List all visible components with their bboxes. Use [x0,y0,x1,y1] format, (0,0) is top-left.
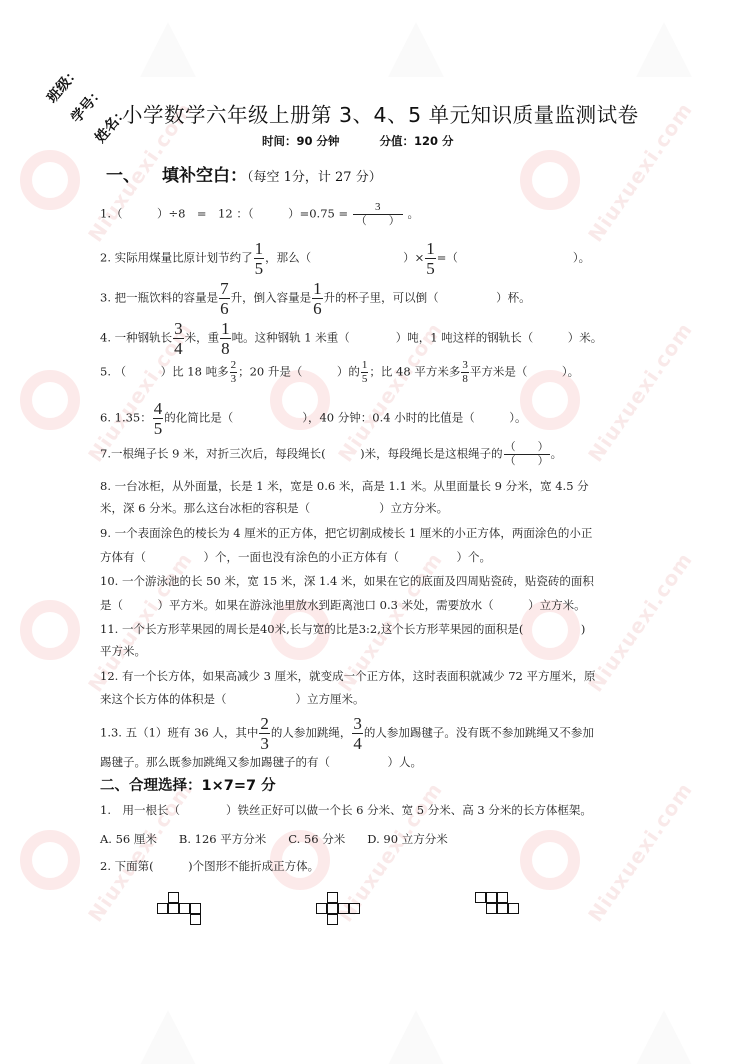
cube-nets [0,888,752,928]
question-8-line-1: 8. 一台冰柜，从外面量，长是 1 米，宽是 0.6 米，高是 1.1 米。从里… [100,479,589,494]
fraction: 34 [173,320,184,357]
option-c: C. 56 分米 [288,832,345,846]
exam-meta: 时间：90 分钟分值：120 分 [262,133,454,149]
fraction: 3（ ） [353,202,403,227]
exam-page: 班级： 学号： 姓名： 小学数学六年级上册第 3、4、5 单元知识质量监测试卷 … [0,0,752,1064]
question-3: 3. 把一瓶饮料的容量是76升，倒入容量是16升的杯子里，可以倒（ ）杯。 [100,280,531,317]
choice-question-1: 1. 用一根长（ ）铁丝正好可以做一个长 6 分米、宽 5 分米、高 3 分米的… [100,803,592,818]
section-title: 填补空白： [162,166,247,186]
question-12-line-2: 来这个长方体的体积是（ ）立方厘米。 [100,692,365,707]
section-note: （每空 1分，计 27 分） [247,170,382,185]
choice-question-2: 2. 下面第( )个图形不能折成正方体。 [100,859,319,874]
fraction: 45 [153,400,164,437]
question-10-line-2: 是（ ）平方米。如果在游泳池里放水到距离池口 0.3 米处，需要放水（ ）立方米… [100,598,586,613]
question-12-line-1: 12. 有一个长方体，如果高减少 3 厘米，就变成一个正方体，这时表面积就减少 … [100,669,596,684]
question-5: 5. （ ）比 18 吨多23；20 升是（ ）的15；比 48 平方米多38平… [100,360,579,385]
question-13-line-1: 1.3. 五（1）班有 36 人，其中23的人参加跳绳，34的人参加踢毽子。没有… [100,715,594,752]
fraction: 15 [254,240,265,277]
question-13-line-2: 踢毽子。那么既参加跳绳又参加踢毽子的有（ ）人。 [100,755,422,770]
fraction: 15 [425,240,436,277]
page-title: 小学数学六年级上册第 3、4、5 单元知识质量监测试卷 [122,98,639,128]
section-1-heading: 一、填补空白：（每空 1分，计 27 分） [106,161,382,186]
question-1: 1.（ ）÷8 = 12 ：（ ）=0.75 = 3（ ） 。 [100,202,419,227]
fraction: 15 [361,360,369,385]
fraction: 18 [220,320,231,357]
question-11-line-1: 11. 一个长方形苹果园的周长是40米,长与宽的比是3:2,这个长方形苹果园的面… [100,622,585,637]
question-10-line-1: 10. 一个游泳池的长 50 米，宽 15 米，深 1.4 米，如果在它的底面及… [100,574,594,589]
question-9-line-2: 方体有（ ）个，一面也没有涂色的小正方体有（ ）个。 [100,550,491,565]
question-11-line-2: 平方米。 [100,644,146,659]
option-d: D. 90 立方分米 [367,832,447,846]
fraction: 76 [219,280,230,317]
question-8-line-2: 米，深 6 分米。那么这台冰柜的容积是（ ）立方分米。 [100,501,448,516]
section-2-heading: 二、合理选择：1×7=7 分 [100,774,276,795]
question-7: 7.一根绳子长 9 米，对折三次后，每段绳长( )米，每段绳长是这根绳子的（ ）… [100,442,562,467]
fraction: 34 [352,715,363,752]
fraction: 23 [230,360,238,385]
option-b: B. 126 平方分米 [179,832,266,846]
fraction: 16 [312,280,323,317]
time-limit: 时间：90 分钟 [262,134,340,148]
choice-options: A. 56 厘米B. 126 平方分米C. 56 分米D. 90 立方分米 [100,832,448,847]
question-6: 6. 1.35：45的化简比是（ ），40 分钟：0.4 小时的比值是（ ）。 [100,400,526,437]
total-score: 分值：120 分 [380,134,454,148]
section-number: 一、 [106,166,140,186]
question-4: 4. 一种钢轨长34米，重18吨。这种钢轨 1 米重（ ）吨，1 吨这样的钢轨长… [100,320,602,357]
fraction: 23 [259,715,270,752]
fraction: （ ）（ ） [504,442,550,467]
option-a: A. 56 厘米 [100,832,157,846]
question-2: 2. 实际用煤量比原计划节约了15，那么（ ）×15=（ ）。 [100,240,590,277]
question-9-line-1: 9. 一个表面涂色的棱长为 4 厘米的正方体，把它切割成棱长 1 厘米的小正方体… [100,526,592,541]
fraction: 38 [461,360,469,385]
